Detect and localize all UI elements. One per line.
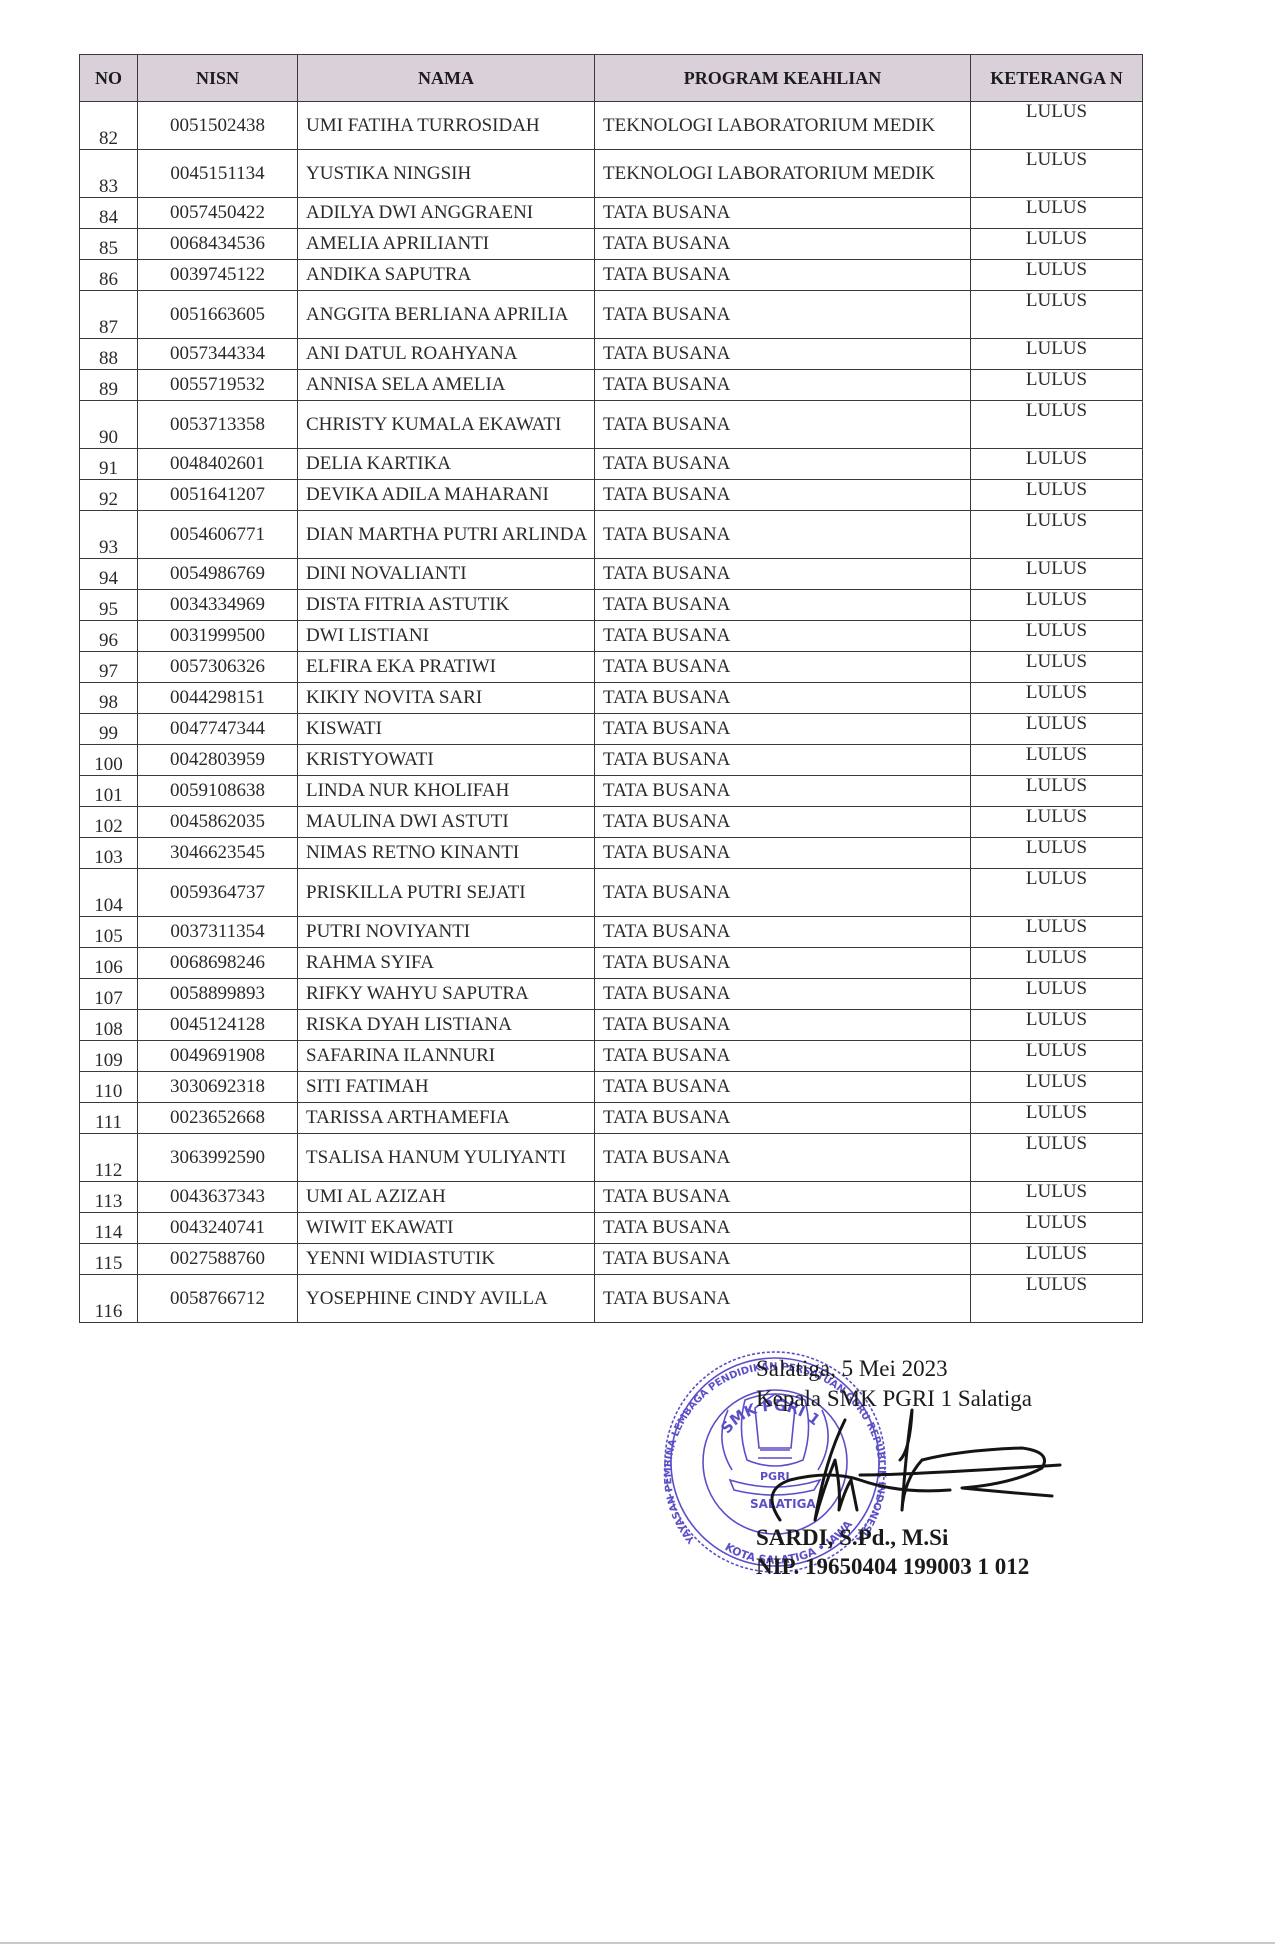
- cell-keterangan: LULUS: [971, 869, 1143, 917]
- table-row: 830045151134YUSTIKA NINGSIHTEKNOLOGI LAB…: [80, 150, 1143, 198]
- cell-nisn: 3030692318: [138, 1072, 298, 1103]
- cell-keterangan: LULUS: [971, 559, 1143, 590]
- table-row: 1050037311354PUTRI NOVIYANTITATA BUSANAL…: [80, 917, 1143, 948]
- cell-keterangan: LULUS: [971, 339, 1143, 370]
- cell-nama: DEVIKA ADILA MAHARANI: [298, 480, 595, 511]
- cell-nama: KISWATI: [298, 714, 595, 745]
- cell-no: 97: [80, 652, 138, 683]
- cell-program: TATA BUSANA: [595, 559, 971, 590]
- cell-nisn: 0044298151: [138, 683, 298, 714]
- cell-no: 104: [80, 869, 138, 917]
- cell-keterangan: LULUS: [971, 807, 1143, 838]
- cell-no: 85: [80, 229, 138, 260]
- cell-nama: TSALISA HANUM YULIYANTI: [298, 1134, 595, 1182]
- table-row: 1033046623545NIMAS RETNO KINANTITATA BUS…: [80, 838, 1143, 869]
- table-row: 1160058766712YOSEPHINE CINDY AVILLATATA …: [80, 1275, 1143, 1323]
- cell-nama: RAHMA SYIFA: [298, 948, 595, 979]
- cell-program: TATA BUSANA: [595, 776, 971, 807]
- table-row: 1103030692318SITI FATIMAHTATA BUSANALULU…: [80, 1072, 1143, 1103]
- signatory-nip: NIP. 19650404 199003 1 012: [756, 1554, 1029, 1580]
- cell-no: 88: [80, 339, 138, 370]
- cell-no: 92: [80, 480, 138, 511]
- cell-nama: SITI FATIMAH: [298, 1072, 595, 1103]
- table-row: 1010059108638LINDA NUR KHOLIFAHTATA BUSA…: [80, 776, 1143, 807]
- cell-no: 108: [80, 1010, 138, 1041]
- cell-program: TATA BUSANA: [595, 652, 971, 683]
- cell-keterangan: LULUS: [971, 229, 1143, 260]
- table-row: 1150027588760YENNI WIDIASTUTIKTATA BUSAN…: [80, 1244, 1143, 1275]
- cell-keterangan: LULUS: [971, 1010, 1143, 1041]
- cell-program: TATA BUSANA: [595, 1072, 971, 1103]
- table-body: 820051502438UMI FATIHA TURROSIDAHTEKNOLO…: [80, 102, 1143, 1323]
- cell-program: TATA BUSANA: [595, 198, 971, 229]
- cell-keterangan: LULUS: [971, 150, 1143, 198]
- cell-no: 103: [80, 838, 138, 869]
- cell-nisn: 0054986769: [138, 559, 298, 590]
- cell-nisn: 0023652668: [138, 1103, 298, 1134]
- cell-nama: UMI FATIHA TURROSIDAH: [298, 102, 595, 150]
- table-row: 900053713358CHRISTY KUMALA EKAWATITATA B…: [80, 401, 1143, 449]
- cell-keterangan: LULUS: [971, 1244, 1143, 1275]
- cell-nisn: 0054606771: [138, 511, 298, 559]
- cell-nisn: 0055719532: [138, 370, 298, 401]
- table-row: 880057344334ANI DATUL ROAHYANATATA BUSAN…: [80, 339, 1143, 370]
- cell-program: TATA BUSANA: [595, 917, 971, 948]
- cell-program: TATA BUSANA: [595, 714, 971, 745]
- cell-program: TATA BUSANA: [595, 480, 971, 511]
- cell-no: 87: [80, 291, 138, 339]
- table-row: 990047747344KISWATITATA BUSANALULUS: [80, 714, 1143, 745]
- cell-nama: KIKIY NOVITA SARI: [298, 683, 595, 714]
- cell-no: 83: [80, 150, 138, 198]
- table-row: 980044298151KIKIY NOVITA SARITATA BUSANA…: [80, 683, 1143, 714]
- cell-program: TEKNOLOGI LABORATORIUM MEDIK: [595, 150, 971, 198]
- table-row: 1060068698246RAHMA SYIFATATA BUSANALULUS: [80, 948, 1143, 979]
- cell-program: TATA BUSANA: [595, 1041, 971, 1072]
- table-row: 1080045124128RISKA DYAH LISTIANATATA BUS…: [80, 1010, 1143, 1041]
- handwritten-signature-icon: [750, 1400, 1080, 1540]
- cell-nisn: 0027588760: [138, 1244, 298, 1275]
- table-row: 1020045862035MAULINA DWI ASTUTITATA BUSA…: [80, 807, 1143, 838]
- table-row: 850068434536AMELIA APRILIANTITATA BUSANA…: [80, 229, 1143, 260]
- cell-nama: DIAN MARTHA PUTRI ARLINDA: [298, 511, 595, 559]
- cell-program: TATA BUSANA: [595, 339, 971, 370]
- cell-keterangan: LULUS: [971, 511, 1143, 559]
- cell-program: TATA BUSANA: [595, 260, 971, 291]
- cell-keterangan: LULUS: [971, 291, 1143, 339]
- graduation-table: NO NISN NAMA PROGRAM KEAHLIAN KETERANGA …: [79, 54, 1143, 1323]
- cell-program: TATA BUSANA: [595, 745, 971, 776]
- cell-keterangan: LULUS: [971, 838, 1143, 869]
- cell-nisn: 0058899893: [138, 979, 298, 1010]
- cell-keterangan: LULUS: [971, 590, 1143, 621]
- cell-program: TATA BUSANA: [595, 1103, 971, 1134]
- cell-program: TATA BUSANA: [595, 511, 971, 559]
- cell-keterangan: LULUS: [971, 370, 1143, 401]
- cell-program: TATA BUSANA: [595, 291, 971, 339]
- cell-nisn: 0045151134: [138, 150, 298, 198]
- cell-nama: ANDIKA SAPUTRA: [298, 260, 595, 291]
- cell-program: TATA BUSANA: [595, 229, 971, 260]
- table-row: 950034334969DISTA FITRIA ASTUTIKTATA BUS…: [80, 590, 1143, 621]
- cell-no: 95: [80, 590, 138, 621]
- table-row: 840057450422ADILYA DWI ANGGRAENITATA BUS…: [80, 198, 1143, 229]
- cell-nama: PUTRI NOVIYANTI: [298, 917, 595, 948]
- cell-program: TATA BUSANA: [595, 869, 971, 917]
- cell-keterangan: LULUS: [971, 714, 1143, 745]
- table-row: 1110023652668TARISSA ARTHAMEFIATATA BUSA…: [80, 1103, 1143, 1134]
- cell-nisn: 0058766712: [138, 1275, 298, 1323]
- cell-nisn: 0059364737: [138, 869, 298, 917]
- table-row: 1123063992590TSALISA HANUM YULIYANTITATA…: [80, 1134, 1143, 1182]
- cell-program: TATA BUSANA: [595, 948, 971, 979]
- cell-no: 116: [80, 1275, 138, 1323]
- cell-nama: SAFARINA ILANNURI: [298, 1041, 595, 1072]
- table-row: 1040059364737PRISKILLA PUTRI SEJATITATA …: [80, 869, 1143, 917]
- cell-keterangan: LULUS: [971, 260, 1143, 291]
- table-row: 1070058899893RIFKY WAHYU SAPUTRATATA BUS…: [80, 979, 1143, 1010]
- cell-nama: DINI NOVALIANTI: [298, 559, 595, 590]
- cell-nisn: 0043637343: [138, 1182, 298, 1213]
- cell-nisn: 0057306326: [138, 652, 298, 683]
- cell-no: 100: [80, 745, 138, 776]
- cell-program: TATA BUSANA: [595, 1244, 971, 1275]
- cell-nisn: 0048402601: [138, 449, 298, 480]
- cell-nisn: 0051502438: [138, 102, 298, 150]
- cell-keterangan: LULUS: [971, 745, 1143, 776]
- table-row: 890055719532ANNISA SELA AMELIATATA BUSAN…: [80, 370, 1143, 401]
- cell-keterangan: LULUS: [971, 621, 1143, 652]
- header-nisn: NISN: [138, 55, 298, 102]
- cell-nama: PRISKILLA PUTRI SEJATI: [298, 869, 595, 917]
- table-row: 1140043240741WIWIT EKAWATITATA BUSANALUL…: [80, 1213, 1143, 1244]
- table-row: 940054986769DINI NOVALIANTITATA BUSANALU…: [80, 559, 1143, 590]
- cell-nisn: 0042803959: [138, 745, 298, 776]
- cell-keterangan: LULUS: [971, 948, 1143, 979]
- cell-nama: TARISSA ARTHAMEFIA: [298, 1103, 595, 1134]
- cell-nama: DISTA FITRIA ASTUTIK: [298, 590, 595, 621]
- cell-keterangan: LULUS: [971, 652, 1143, 683]
- cell-no: 106: [80, 948, 138, 979]
- cell-no: 110: [80, 1072, 138, 1103]
- cell-nisn: 0031999500: [138, 621, 298, 652]
- cell-no: 114: [80, 1213, 138, 1244]
- cell-keterangan: LULUS: [971, 1041, 1143, 1072]
- table-row: 820051502438UMI FATIHA TURROSIDAHTEKNOLO…: [80, 102, 1143, 150]
- cell-nisn: 0045124128: [138, 1010, 298, 1041]
- cell-no: 101: [80, 776, 138, 807]
- cell-keterangan: LULUS: [971, 1182, 1143, 1213]
- cell-no: 84: [80, 198, 138, 229]
- cell-nisn: 0057450422: [138, 198, 298, 229]
- cell-no: 102: [80, 807, 138, 838]
- cell-nisn: 3046623545: [138, 838, 298, 869]
- cell-program: TATA BUSANA: [595, 590, 971, 621]
- scan-edge-line: [0, 1942, 1275, 1944]
- cell-nisn: 0059108638: [138, 776, 298, 807]
- cell-keterangan: LULUS: [971, 198, 1143, 229]
- cell-nisn: 0045862035: [138, 807, 298, 838]
- cell-nisn: 0068434536: [138, 229, 298, 260]
- cell-keterangan: LULUS: [971, 1213, 1143, 1244]
- table-row: 1090049691908SAFARINA ILANNURITATA BUSAN…: [80, 1041, 1143, 1072]
- cell-program: TATA BUSANA: [595, 807, 971, 838]
- cell-program: TATA BUSANA: [595, 1010, 971, 1041]
- cell-program: TATA BUSANA: [595, 621, 971, 652]
- cell-nama: ANGGITA BERLIANA APRILIA: [298, 291, 595, 339]
- cell-no: 86: [80, 260, 138, 291]
- table-header-row: NO NISN NAMA PROGRAM KEAHLIAN KETERANGA …: [80, 55, 1143, 102]
- cell-keterangan: LULUS: [971, 683, 1143, 714]
- cell-no: 94: [80, 559, 138, 590]
- cell-nisn: 0039745122: [138, 260, 298, 291]
- signature-block: YAYASAN PEMBINA LEMBAGA PENDIDIKAN PERSA…: [660, 1340, 1120, 1600]
- cell-keterangan: LULUS: [971, 1275, 1143, 1323]
- table-row: 910048402601DELIA KARTIKATATA BUSANALULU…: [80, 449, 1143, 480]
- cell-nama: AMELIA APRILIANTI: [298, 229, 595, 260]
- cell-program: TEKNOLOGI LABORATORIUM MEDIK: [595, 102, 971, 150]
- cell-program: TATA BUSANA: [595, 401, 971, 449]
- signatory-name: SARDI, S.Pd., M.Si: [756, 1525, 948, 1551]
- cell-nama: CHRISTY KUMALA EKAWATI: [298, 401, 595, 449]
- cell-keterangan: LULUS: [971, 449, 1143, 480]
- cell-nama: YOSEPHINE CINDY AVILLA: [298, 1275, 595, 1323]
- cell-no: 115: [80, 1244, 138, 1275]
- cell-nisn: 0053713358: [138, 401, 298, 449]
- cell-program: TATA BUSANA: [595, 1275, 971, 1323]
- cell-nama: ELFIRA EKA PRATIWI: [298, 652, 595, 683]
- cell-nisn: 0051663605: [138, 291, 298, 339]
- cell-no: 112: [80, 1134, 138, 1182]
- cell-program: TATA BUSANA: [595, 979, 971, 1010]
- cell-nama: KRISTYOWATI: [298, 745, 595, 776]
- cell-nama: ANNISA SELA AMELIA: [298, 370, 595, 401]
- cell-program: TATA BUSANA: [595, 683, 971, 714]
- cell-keterangan: LULUS: [971, 1072, 1143, 1103]
- header-nama: NAMA: [298, 55, 595, 102]
- table-row: 920051641207DEVIKA ADILA MAHARANITATA BU…: [80, 480, 1143, 511]
- table-row: 1130043637343UMI AL AZIZAHTATA BUSANALUL…: [80, 1182, 1143, 1213]
- cell-program: TATA BUSANA: [595, 1134, 971, 1182]
- cell-no: 99: [80, 714, 138, 745]
- table-row: 930054606771DIAN MARTHA PUTRI ARLINDATAT…: [80, 511, 1143, 559]
- header-no: NO: [80, 55, 138, 102]
- cell-nisn: 0037311354: [138, 917, 298, 948]
- cell-program: TATA BUSANA: [595, 1213, 971, 1244]
- cell-no: 98: [80, 683, 138, 714]
- table-row: 1000042803959KRISTYOWATITATA BUSANALULUS: [80, 745, 1143, 776]
- cell-program: TATA BUSANA: [595, 370, 971, 401]
- document-page: NO NISN NAMA PROGRAM KEAHLIAN KETERANGA …: [0, 0, 1275, 1950]
- cell-nisn: 0068698246: [138, 948, 298, 979]
- cell-nama: ANI DATUL ROAHYANA: [298, 339, 595, 370]
- cell-nama: ADILYA DWI ANGGRAENI: [298, 198, 595, 229]
- cell-nama: RIFKY WAHYU SAPUTRA: [298, 979, 595, 1010]
- cell-nisn: 0043240741: [138, 1213, 298, 1244]
- cell-program: TATA BUSANA: [595, 1182, 971, 1213]
- cell-no: 105: [80, 917, 138, 948]
- table-row: 960031999500DWI LISTIANITATA BUSANALULUS: [80, 621, 1143, 652]
- cell-nama: WIWIT EKAWATI: [298, 1213, 595, 1244]
- cell-no: 89: [80, 370, 138, 401]
- cell-nisn: 0049691908: [138, 1041, 298, 1072]
- cell-keterangan: LULUS: [971, 917, 1143, 948]
- table-row: 970057306326ELFIRA EKA PRATIWITATA BUSAN…: [80, 652, 1143, 683]
- cell-nisn: 0057344334: [138, 339, 298, 370]
- cell-no: 113: [80, 1182, 138, 1213]
- cell-keterangan: LULUS: [971, 1134, 1143, 1182]
- cell-nama: NIMAS RETNO KINANTI: [298, 838, 595, 869]
- cell-no: 107: [80, 979, 138, 1010]
- cell-nama: DWI LISTIANI: [298, 621, 595, 652]
- header-program: PROGRAM KEAHLIAN: [595, 55, 971, 102]
- cell-no: 93: [80, 511, 138, 559]
- signature-place-date: Salatiga, 5 Mei 2023: [756, 1356, 948, 1382]
- table-row: 870051663605ANGGITA BERLIANA APRILIATATA…: [80, 291, 1143, 339]
- cell-no: 96: [80, 621, 138, 652]
- cell-no: 90: [80, 401, 138, 449]
- cell-keterangan: LULUS: [971, 1103, 1143, 1134]
- cell-no: 91: [80, 449, 138, 480]
- table-row: 860039745122ANDIKA SAPUTRATATA BUSANALUL…: [80, 260, 1143, 291]
- cell-nama: YUSTIKA NINGSIH: [298, 150, 595, 198]
- cell-program: TATA BUSANA: [595, 449, 971, 480]
- cell-nama: MAULINA DWI ASTUTI: [298, 807, 595, 838]
- cell-program: TATA BUSANA: [595, 838, 971, 869]
- cell-keterangan: LULUS: [971, 102, 1143, 150]
- header-keterangan: KETERANGA N: [971, 55, 1143, 102]
- cell-keterangan: LULUS: [971, 401, 1143, 449]
- cell-keterangan: LULUS: [971, 480, 1143, 511]
- cell-nisn: 0047747344: [138, 714, 298, 745]
- cell-nisn: 0034334969: [138, 590, 298, 621]
- cell-keterangan: LULUS: [971, 776, 1143, 807]
- cell-nisn: 3063992590: [138, 1134, 298, 1182]
- cell-nama: RISKA DYAH LISTIANA: [298, 1010, 595, 1041]
- cell-nama: YENNI WIDIASTUTIK: [298, 1244, 595, 1275]
- cell-no: 109: [80, 1041, 138, 1072]
- cell-no: 111: [80, 1103, 138, 1134]
- cell-nisn: 0051641207: [138, 480, 298, 511]
- cell-keterangan: LULUS: [971, 979, 1143, 1010]
- cell-nama: DELIA KARTIKA: [298, 449, 595, 480]
- cell-nama: LINDA NUR KHOLIFAH: [298, 776, 595, 807]
- cell-nama: UMI AL AZIZAH: [298, 1182, 595, 1213]
- cell-no: 82: [80, 102, 138, 150]
